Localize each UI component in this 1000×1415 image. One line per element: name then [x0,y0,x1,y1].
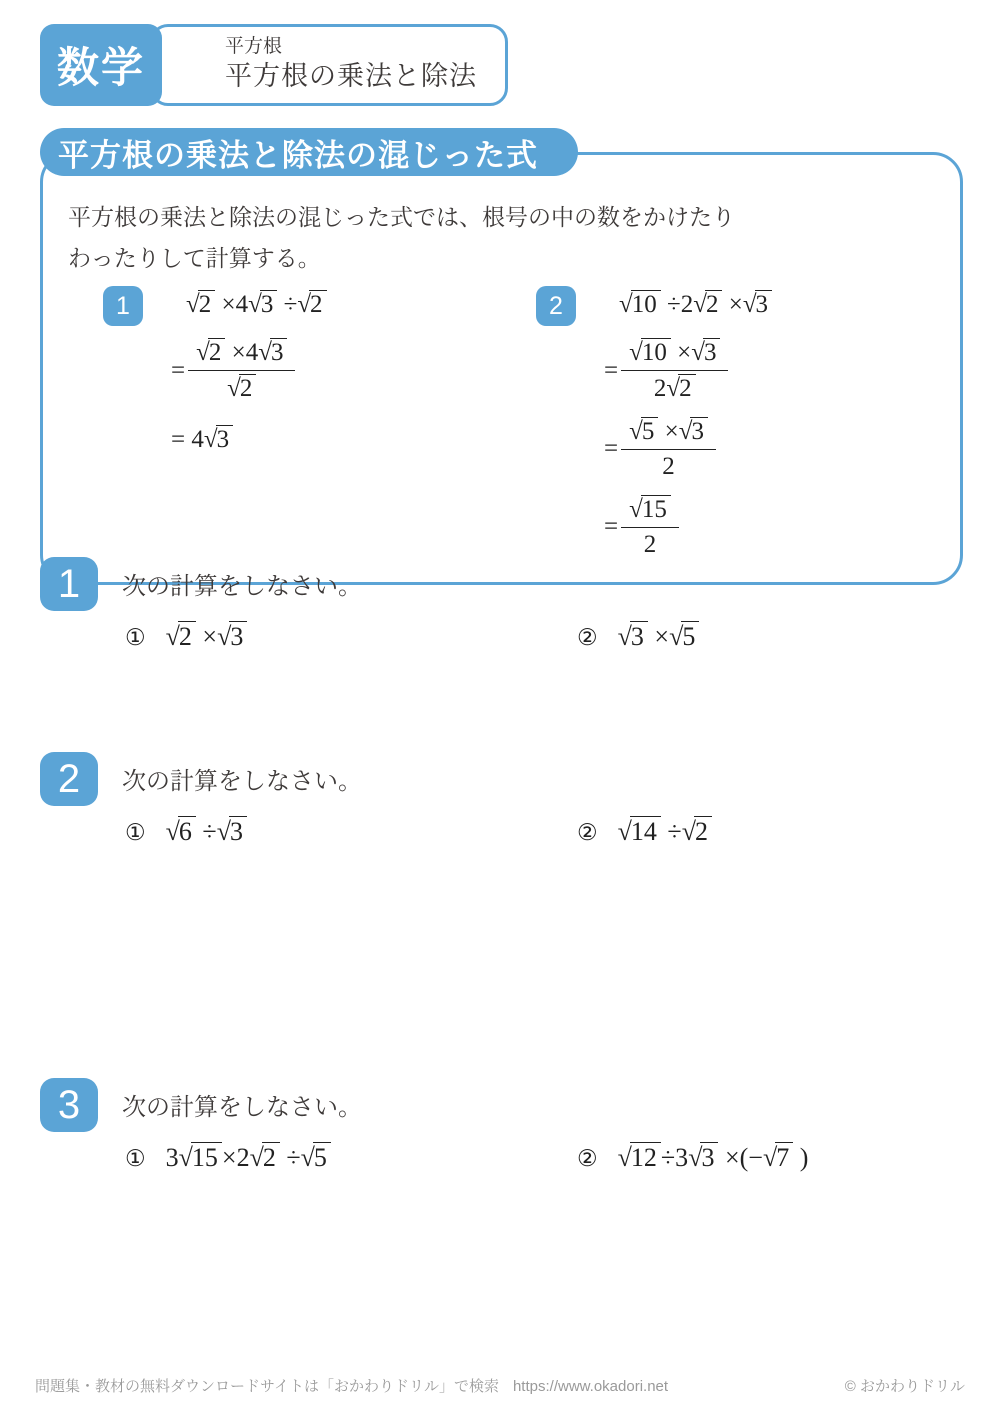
sqrt-radical: √3 [688,1143,718,1172]
example-2-step-3: = √15 2 [604,495,772,559]
footer-site-note: 問題集・教材の無料ダウンロードサイトは「おかわりドリル」で検索 [35,1378,499,1395]
fraction: √10 ×√3 2√2 [621,338,728,403]
page-footer: 問題集・教材の無料ダウンロードサイトは「おかわりドリル」で検索https://w… [35,1375,965,1396]
sqrt-radical: √2 [250,1143,280,1172]
sqrt-radical: √2 [196,339,225,366]
problem-marker: ② [577,625,598,651]
sqrt-radical: √2 [297,291,326,318]
fraction-denominator: √2 [188,370,295,403]
section-2-badge: 2 [40,752,98,806]
problem-expression: √3 ×√5 [618,621,700,652]
fraction-numerator: √10 ×√3 [621,338,728,370]
sqrt-radical: √2 [693,291,722,318]
problem-expression: √2 ×√3 [166,621,248,652]
problem-expression: √14 ÷√2 [618,816,712,847]
problem-expression: 3√15×2√2 ÷√5 [166,1142,331,1173]
example-1-result: = 4√3 [171,425,233,454]
example-1-head: 1 √2 ×4√3 ÷√2 [103,286,327,326]
sqrt-radical: √3 [217,622,247,651]
section-2-prompt: 次の計算をしなさい。 [122,752,362,796]
example-2-expression: √10 ÷2√2 ×√3 [619,286,772,319]
problem-2-2: ② √14 ÷√2 [577,816,963,847]
example-2-step-1: = √10 ×√3 2√2 [604,338,772,403]
footer-left: 問題集・教材の無料ダウンロードサイトは「おかわりドリル」で検索https://w… [35,1375,682,1396]
example-2-badge: 2 [536,286,576,326]
problem-marker: ① [125,625,146,651]
sqrt-radical: √3 [691,339,720,366]
section-3-problems: ① 3√15×2√2 ÷√5 ② √12÷3√3 ×(−√7 ) [40,1142,963,1173]
sqrt-radical: √14 [618,817,661,846]
example-2: 2 √10 ÷2√2 ×√3 = √10 ×√3 2√2 = √5 ×√3 2 [536,286,772,559]
example-2-step-2: = √5 ×√3 2 [604,417,772,481]
fraction-denominator: 2 [621,449,716,481]
sqrt-radical: √3 [743,291,772,318]
fraction-numerator: √5 ×√3 [621,417,716,449]
worksheet-page: 平方根 平方根の乗法と除法 数学 平方根の乗法と除法の混じった式 平方根の乗法と… [0,0,1000,1415]
sqrt-radical: √2 [186,291,215,318]
sqrt-radical: √2 [166,622,196,651]
example-1: 1 √2 ×4√3 ÷√2 = √2 ×4√3 √2 = 4√3 [103,286,327,454]
problem-marker: ① [125,1146,146,1172]
sqrt-radical: √3 [217,817,247,846]
sqrt-radical: √5 [669,622,699,651]
lesson-description-line2: わったりして計算する。 [68,238,930,279]
fraction-denominator: 2√2 [621,370,728,403]
example-1-step-1: = √2 ×4√3 √2 [171,338,327,403]
fraction: √15 2 [621,495,679,559]
problem-1-1: ① √2 ×√3 [125,621,577,652]
section-3-badge: 3 [40,1078,98,1132]
sqrt-radical: √12 [618,1143,661,1172]
question-section-3: 3 次の計算をしなさい。 ① 3√15×2√2 ÷√5 ② √12÷3√3 ×(… [40,1078,963,1173]
lesson-heading: 平方根の乗法と除法の混じった式 [40,128,578,176]
sqrt-radical: √15 [629,496,671,523]
sqrt-radical: √7 [763,1143,793,1172]
subject-badge: 数学 [40,24,162,106]
problem-expression: √12÷3√3 ×(−√7 ) [618,1142,809,1173]
unit-label: 平方根 [225,35,505,59]
section-2-head: 2 次の計算をしなさい。 [40,752,963,806]
example-1-expression: √2 ×4√3 ÷√2 [186,286,327,319]
problem-marker: ② [577,1146,598,1172]
equals-sign: = [604,357,618,385]
section-1-head: 1 次の計算をしなさい。 [40,557,963,611]
example-1-badge: 1 [103,286,143,326]
equals-sign: = [604,435,618,463]
sqrt-radical: √3 [618,622,648,651]
problem-3-2: ② √12÷3√3 ×(−√7 ) [577,1142,963,1173]
subject-badge-label: 数学 [57,35,145,95]
problem-marker: ① [125,820,146,846]
problem-expression: √6 ÷√3 [166,816,247,847]
footer-copyright: © おかわりドリル [845,1375,965,1396]
problem-1-2: ② √3 ×√5 [577,621,963,652]
question-section-1: 1 次の計算をしなさい。 ① √2 ×√3 ② √3 ×√5 [40,557,963,652]
equals-sign: = [171,357,185,385]
sqrt-radical: √6 [166,817,196,846]
sqrt-radical: √2 [227,375,256,402]
sqrt-radical: √3 [248,291,277,318]
question-section-2: 2 次の計算をしなさい。 ① √6 ÷√3 ② √14 ÷√2 [40,752,963,847]
section-1-prompt: 次の計算をしなさい。 [122,557,362,601]
sqrt-radical: √3 [679,418,708,445]
problem-marker: ② [577,820,598,846]
sqrt-radical: √2 [666,375,695,402]
fraction-numerator: √2 ×4√3 [188,338,295,370]
section-1-badge: 1 [40,557,98,611]
page-title: 平方根の乗法と除法 [225,59,505,93]
sqrt-radical: √5 [629,418,658,445]
equals-sign: = [604,513,618,541]
sqrt-radical: √2 [682,817,712,846]
problem-2-1: ① √6 ÷√3 [125,816,577,847]
sqrt-radical: √15 [179,1143,222,1172]
sqrt-radical: √3 [258,339,287,366]
fraction-numerator: √15 [621,495,679,527]
lesson-body: 平方根の乗法と除法の混じった式では、根号の中の数をかけたり わったりして計算する… [40,152,963,585]
sqrt-radical: √10 [629,339,671,366]
sqrt-radical: √5 [301,1143,331,1172]
example-2-head: 2 √10 ÷2√2 ×√3 [536,286,772,326]
sqrt-radical: √3 [204,426,233,453]
lesson-description-line1: 平方根の乗法と除法の混じった式では、根号の中の数をかけたり [68,197,930,238]
section-1-problems: ① √2 ×√3 ② √3 ×√5 [40,621,963,652]
example-1-step-2: = 4√3 [171,425,327,454]
fraction: √2 ×4√3 √2 [188,338,295,403]
sqrt-radical: √10 [619,291,661,318]
fraction-denominator: 2 [621,527,679,559]
section-3-head: 3 次の計算をしなさい。 [40,1078,963,1132]
footer-url: https://www.okadori.net [513,1378,668,1395]
title-box: 平方根 平方根の乗法と除法 [150,24,508,106]
section-3-prompt: 次の計算をしなさい。 [122,1078,362,1122]
problem-3-1: ① 3√15×2√2 ÷√5 [125,1142,577,1173]
lesson-box: 平方根の乗法と除法の混じった式 平方根の乗法と除法の混じった式では、根号の中の数… [40,128,963,585]
section-2-problems: ① √6 ÷√3 ② √14 ÷√2 [40,816,963,847]
fraction: √5 ×√3 2 [621,417,716,481]
